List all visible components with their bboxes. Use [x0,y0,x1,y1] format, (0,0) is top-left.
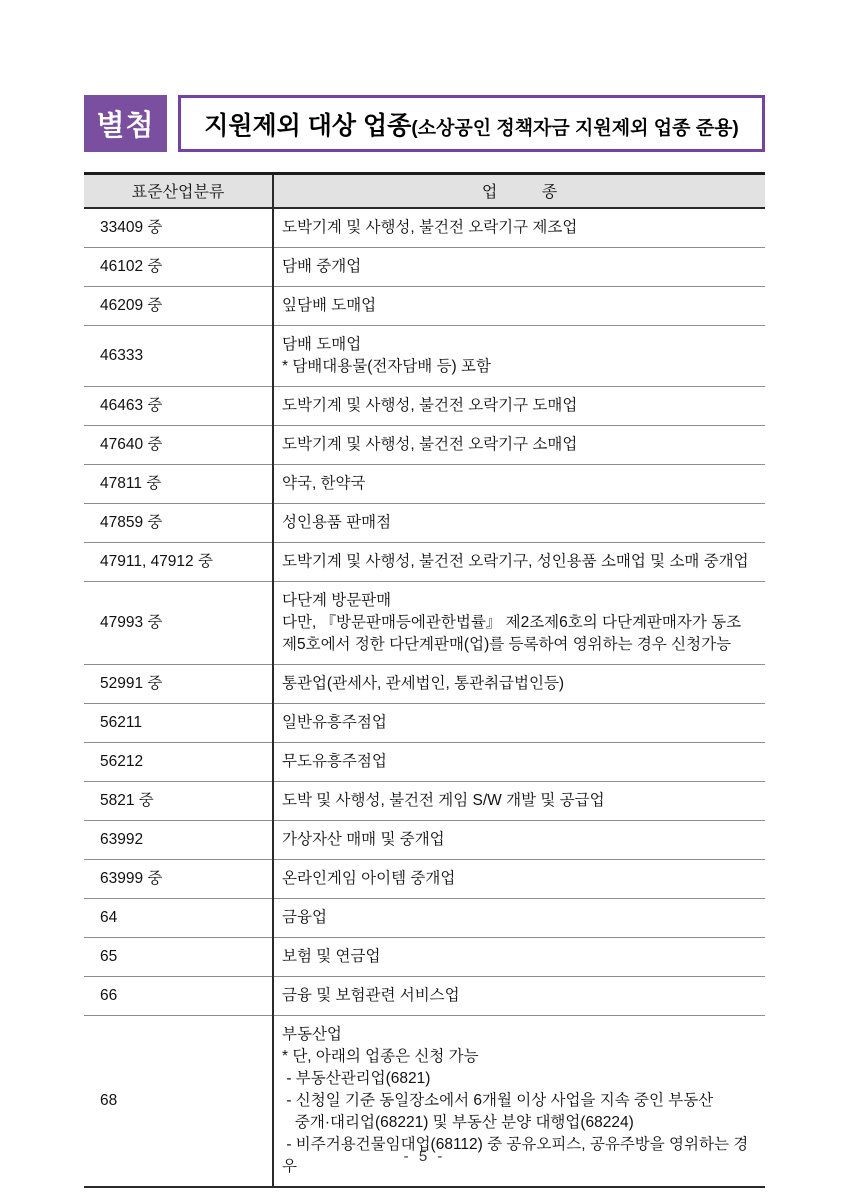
title-line: 지원제외 대상 업종(소상공인 정책자금 지원제외 업종 준용) [204,106,739,142]
table-row: 47811 중 약국, 한약국 [84,464,765,503]
industry-code: 46102 중 [84,247,273,286]
industry-description: 가상자산 매매 및 중개업 [273,820,765,859]
industry-description-line: - 신청일 기준 동일장소에서 6개월 이상 사업을 지속 중인 부동산 [282,1090,757,1112]
industry-description: 도박기계 및 사행성, 불건전 오락기구 제조업 [273,208,765,248]
page-number: - 5 - [0,1148,849,1165]
industry-code: 46333 [84,325,273,386]
industry-description-line: 도박기계 및 사행성, 불건전 오락기구 소매업 [282,434,757,456]
industry-description: 약국, 한약국 [273,464,765,503]
industry-code: 47811 중 [84,464,273,503]
industry-description: 다단계 방문판매다만, 『방문판매등에관한법률』 제2조제6호의 다단계판매자가… [273,581,765,664]
table-row: 46463 중 도박기계 및 사행성, 불건전 오락기구 도매업 [84,386,765,425]
industry-code: 56211 [84,703,273,742]
industry-code: 66 [84,976,273,1015]
table-row: 56212 무도유흥주점업 [84,742,765,781]
industry-description-line: 다단계 방문판매 [282,590,757,612]
table-row: 63999 중 온라인게임 아이템 중개업 [84,859,765,898]
column-header-industry: 업 종 [273,174,765,208]
industry-description-line: 보험 및 연금업 [282,946,757,968]
table-body: 33409 중 도박기계 및 사행성, 불건전 오락기구 제조업 46102 중… [84,208,765,1187]
excluded-industries-table: 표준산업분류 업 종 33409 중 도박기계 및 사행성, 불건전 오락기구 … [84,172,765,1188]
page-title-qualifier: (소상공인 정책자금 지원제외 업종 준용) [411,118,738,139]
industry-description: 금융업 [273,898,765,937]
industry-description-line: 온라인게임 아이템 중개업 [282,868,757,890]
industry-description-line: * 단, 아래의 업종은 신청 가능 [282,1046,757,1068]
industry-description-line: 금융 및 보험관련 서비스업 [282,985,757,1007]
column-header-classification: 표준산업분류 [84,174,273,208]
table-row: 63992 가상자산 매매 및 중개업 [84,820,765,859]
industry-description-line: - 부동산관리업(6821) [282,1068,757,1090]
industry-code: 64 [84,898,273,937]
industry-code: 47911, 47912 중 [84,542,273,581]
industry-description: 담배 도매업* 담배대용물(전자담배 등) 포함 [273,325,765,386]
industry-description-line: 중개·대리업(68221) 및 부동산 분양 대행업(68224) [282,1112,757,1134]
page-title: 지원제외 대상 업종 [204,112,411,140]
table-row: 47640 중 도박기계 및 사행성, 불건전 오락기구 소매업 [84,425,765,464]
table-row: 56211 일반유흥주점업 [84,703,765,742]
industry-code: 56212 [84,742,273,781]
industry-description-line: * 담배대용물(전자담배 등) 포함 [282,356,757,378]
document-page: 별첨 지원제외 대상 업종(소상공인 정책자금 지원제외 업종 준용) 표준산업… [0,0,849,1200]
industry-description-line: 잎담배 도매업 [282,295,757,317]
industry-description: 도박기계 및 사행성, 불건전 오락기구, 성인용품 소매업 및 소매 중개업 [273,542,765,581]
table-row: 47911, 47912 중 도박기계 및 사행성, 불건전 오락기구, 성인용… [84,542,765,581]
table-row: 47993 중 다단계 방문판매다만, 『방문판매등에관한법률』 제2조제6호의… [84,581,765,664]
industry-code: 47640 중 [84,425,273,464]
industry-description-line: 도박기계 및 사행성, 불건전 오락기구, 성인용품 소매업 및 소매 중개업 [282,551,757,573]
industry-description-line: 통관업(관세사, 관세법인, 통관취급법인등) [282,673,757,695]
industry-description-line: 일반유흥주점업 [282,712,757,734]
industry-code: 46209 중 [84,286,273,325]
industry-description: 통관업(관세사, 관세법인, 통관취급법인등) [273,664,765,703]
industry-code: 5821 중 [84,781,273,820]
industry-description-line: 무도유흥주점업 [282,751,757,773]
industry-description: 온라인게임 아이템 중개업 [273,859,765,898]
doc-header: 별첨 지원제외 대상 업종(소상공인 정책자금 지원제외 업종 준용) [84,95,765,152]
industry-description: 도박기계 및 사행성, 불건전 오락기구 소매업 [273,425,765,464]
industry-description-line: 담배 중개업 [282,256,757,278]
title-box: 지원제외 대상 업종(소상공인 정책자금 지원제외 업종 준용) [178,95,765,152]
industry-code: 47859 중 [84,503,273,542]
industry-description: 금융 및 보험관련 서비스업 [273,976,765,1015]
industry-description: 담배 중개업 [273,247,765,286]
table-row: 5821 중 도박 및 사행성, 불건전 게임 S/W 개발 및 공급업 [84,781,765,820]
table-header-row: 표준산업분류 업 종 [84,174,765,208]
industry-description-line: 담배 도매업 [282,334,757,356]
industry-description-line: 도박 및 사행성, 불건전 게임 S/W 개발 및 공급업 [282,790,757,812]
industry-description-line: 제5호에서 정한 다단계판매(업)를 등록하여 영위하는 경우 신청가능 [282,634,757,656]
table-row: 64 금융업 [84,898,765,937]
attachment-badge: 별첨 [84,95,167,152]
industry-code: 52991 중 [84,664,273,703]
industry-description: 보험 및 연금업 [273,937,765,976]
industry-description-line: 도박기계 및 사행성, 불건전 오락기구 도매업 [282,395,757,417]
table-row: 66 금융 및 보험관련 서비스업 [84,976,765,1015]
industry-description: 도박 및 사행성, 불건전 게임 S/W 개발 및 공급업 [273,781,765,820]
table-row: 33409 중 도박기계 및 사행성, 불건전 오락기구 제조업 [84,208,765,248]
industry-description: 도박기계 및 사행성, 불건전 오락기구 도매업 [273,386,765,425]
industry-description-line: 금융업 [282,907,757,929]
industry-description-line: 성인용품 판매점 [282,512,757,534]
industry-description: 성인용품 판매점 [273,503,765,542]
industry-description-line: 다만, 『방문판매등에관한법률』 제2조제6호의 다단계판매자가 동조 [282,612,757,634]
industry-description-line: 도박기계 및 사행성, 불건전 오락기구 제조업 [282,217,757,239]
industry-description: 일반유흥주점업 [273,703,765,742]
industry-code: 47993 중 [84,581,273,664]
industry-description-line: 가상자산 매매 및 중개업 [282,829,757,851]
industry-code: 46463 중 [84,386,273,425]
industry-code: 65 [84,937,273,976]
industry-description: 무도유흥주점업 [273,742,765,781]
table-row: 47859 중 성인용품 판매점 [84,503,765,542]
industry-code: 63992 [84,820,273,859]
table-row: 46209 중 잎담배 도매업 [84,286,765,325]
industry-description: 잎담배 도매업 [273,286,765,325]
industry-code: 33409 중 [84,208,273,248]
industry-description-line: 부동산업 [282,1024,757,1046]
table-row: 46333 담배 도매업* 담배대용물(전자담배 등) 포함 [84,325,765,386]
table-row: 65 보험 및 연금업 [84,937,765,976]
industry-code: 63999 중 [84,859,273,898]
industry-description-line: 약국, 한약국 [282,473,757,495]
table-row: 46102 중 담배 중개업 [84,247,765,286]
table-row: 52991 중 통관업(관세사, 관세법인, 통관취급법인등) [84,664,765,703]
